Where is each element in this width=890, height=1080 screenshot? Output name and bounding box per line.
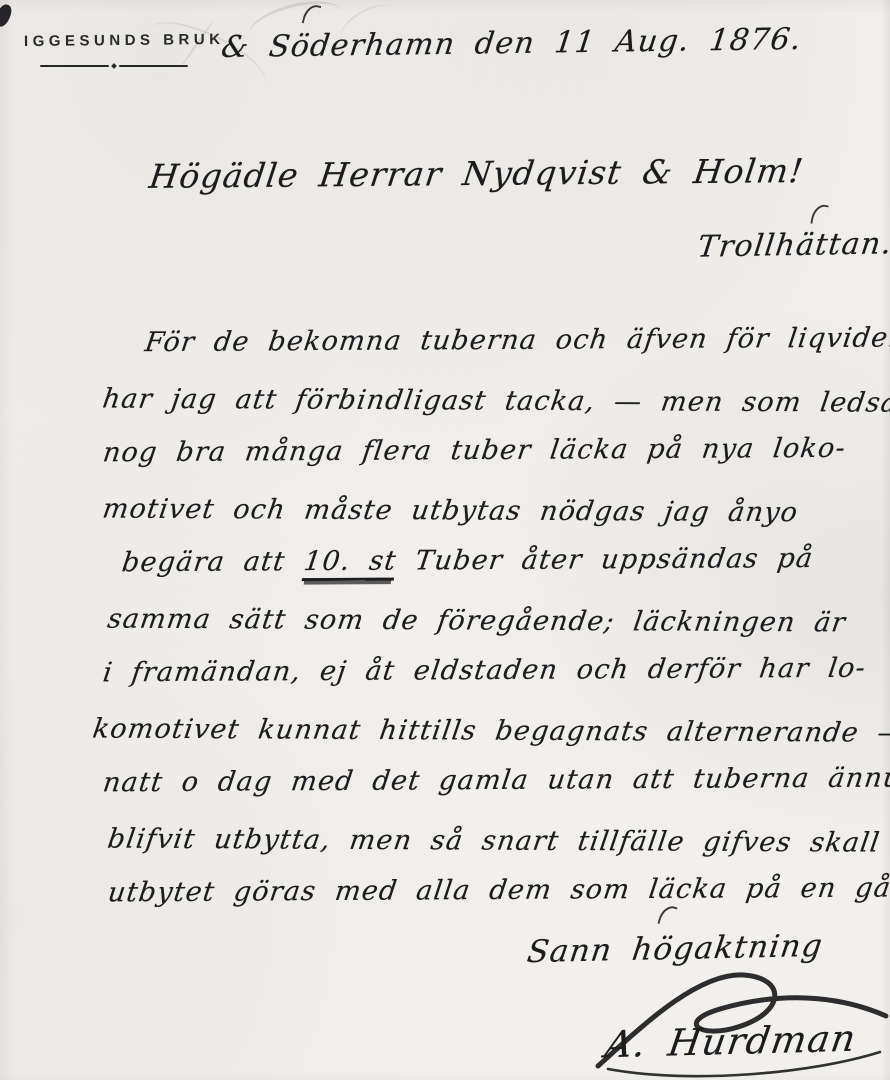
rule-segment bbox=[40, 65, 109, 68]
rule-segment bbox=[119, 65, 188, 68]
body-line: i framändan, ej åt eldstaden och derför … bbox=[0, 641, 890, 701]
body-line: För de bekomna tuberna och äfven för liq… bbox=[0, 311, 890, 371]
body-line-prefix: begära att bbox=[120, 546, 306, 578]
pen-flourish bbox=[810, 203, 828, 226]
ink-smudge bbox=[0, 2, 14, 28]
body-line-underlined-quantity: begära att 10. st Tuber åter uppsändas p… bbox=[0, 531, 890, 591]
body-line: utbytet göras med alla dem som läcka på … bbox=[0, 861, 890, 921]
company-name: IGGESUNDS BRUK bbox=[24, 31, 225, 50]
body-line: natt o dag med det gamla utan att tubern… bbox=[0, 751, 890, 811]
body-line: nog bra många flera tuber läcka på nya l… bbox=[0, 421, 890, 481]
letter-body: För de bekomna tuberna och äfven för liq… bbox=[0, 316, 890, 921]
body-line-suffix: Tuber åter uppsändas på bbox=[394, 543, 815, 577]
dateline: & Söderhamn den 11 Aug. 1876. bbox=[219, 22, 804, 65]
letterhead: IGGESUNDS BRUK bbox=[24, 32, 225, 49]
underlined-quantity: 10. st bbox=[301, 546, 398, 582]
salutation: Högädle Herrar Nydqvist & Holm! bbox=[147, 151, 806, 196]
rule-dot bbox=[111, 63, 117, 69]
letter-page: IGGESUNDS BRUK & Söderhamn den 11 Aug. 1… bbox=[0, 0, 890, 1080]
letterhead-underline bbox=[40, 64, 188, 68]
signature: A. Hurdman bbox=[602, 1017, 859, 1067]
addressee-city: Trollhättan. bbox=[696, 226, 890, 264]
